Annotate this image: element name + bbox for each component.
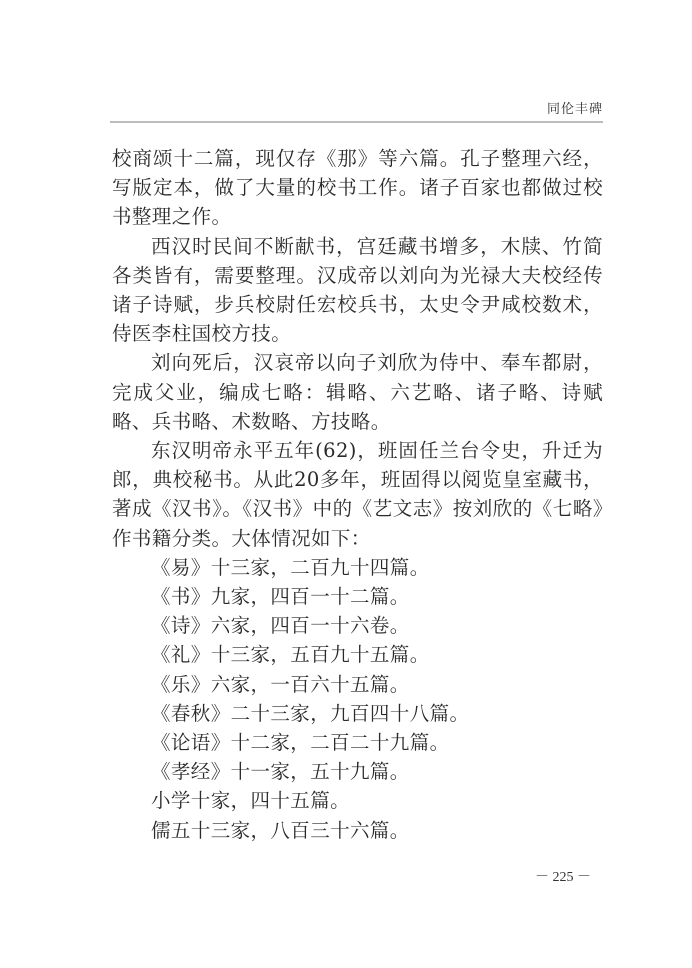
paragraph: 东汉明帝永平五年(62)，班固任兰台令史，升迁为郎，典校秘书。从此20多年，班固… xyxy=(112,436,603,553)
running-head: 同伦丰碑 xyxy=(110,98,603,117)
list-item: 《论语》十二家，二百二十九篇。 xyxy=(112,728,603,757)
list-item: 《孝经》十一家，五十九篇。 xyxy=(112,757,603,786)
list-item: 儒五十三家，八百三十六篇。 xyxy=(112,816,603,845)
header-rule xyxy=(110,121,603,123)
page-number: － 225 － xyxy=(520,866,606,886)
list-item: 《春秋》二十三家，九百四十八篇。 xyxy=(112,699,603,728)
list-item: 《书》九家，四百一十二篇。 xyxy=(112,582,603,611)
body-text: 校商颂十二篇，现仅存《那》等六篇。孔子整理六经，写版定本，做了大量的校书工作。诸… xyxy=(112,144,603,845)
paragraph: 刘向死后，汉哀帝以向子刘欣为侍中、奉车都尉，完成父业，编成七略：辑略、六艺略、诸… xyxy=(112,348,603,436)
list-item: 《礼》十三家，五百九十五篇。 xyxy=(112,640,603,669)
paragraph: 西汉时民间不断献书，宫廷藏书增多，木牍、竹简各类皆有，需要整理。汉成帝以刘向为光… xyxy=(112,232,603,349)
list-item: 《诗》六家，四百一十六卷。 xyxy=(112,611,603,640)
paragraph: 校商颂十二篇，现仅存《那》等六篇。孔子整理六经，写版定本，做了大量的校书工作。诸… xyxy=(112,144,603,232)
list-item: 《乐》六家，一百六十五篇。 xyxy=(112,670,603,699)
list-item: 《易》十三家，二百九十四篇。 xyxy=(112,553,603,582)
list-item: 小学十家，四十五篇。 xyxy=(112,786,603,815)
catalog-list: 《易》十三家，二百九十四篇。 《书》九家，四百一十二篇。 《诗》六家，四百一十六… xyxy=(112,553,603,845)
